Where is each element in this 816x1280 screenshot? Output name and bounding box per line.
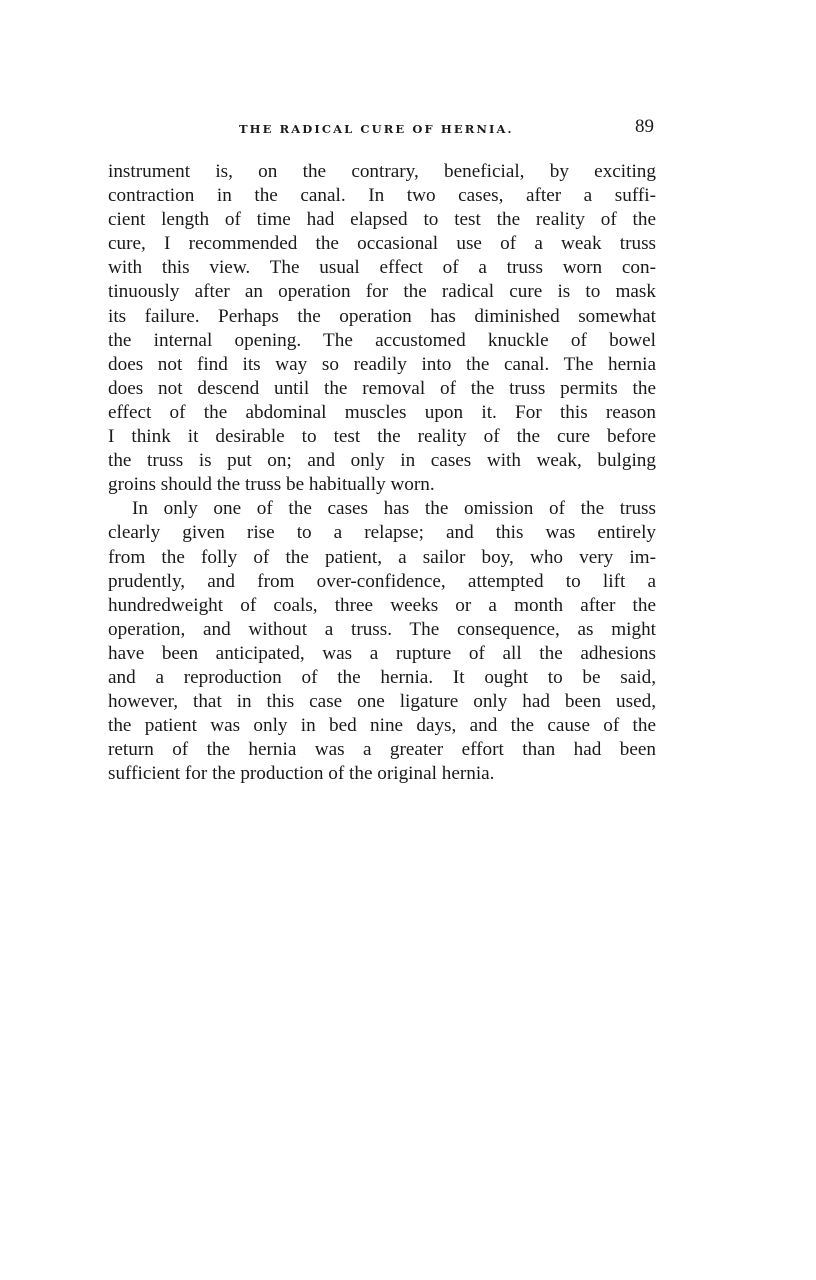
text-line: In only one of the cases has the omissio… — [108, 497, 656, 521]
text-line: however, that in this case one ligature … — [108, 690, 656, 714]
text-line: I think it desirable to test the reality… — [108, 425, 656, 449]
text-line: clearly given rise to a relapse; and thi… — [108, 521, 656, 545]
text-line: prudently, and from over-confidence, att… — [108, 570, 656, 594]
text-line: with this view. The usual effect of a tr… — [108, 256, 656, 280]
running-head: THE RADICAL CURE OF HERNIA. 89 — [108, 118, 656, 142]
paragraph-2: In only one of the cases has the omissio… — [108, 497, 656, 786]
running-title: THE RADICAL CURE OF HERNIA. — [239, 122, 514, 136]
text-line: cient length of time had elapsed to test… — [108, 208, 656, 232]
text-line: have been anticipated, was a rupture of … — [108, 642, 656, 666]
body-text: instrument is, on the contrary, benefici… — [108, 160, 656, 786]
page-number: 89 — [635, 116, 654, 138]
book-page: THE RADICAL CURE OF HERNIA. 89 instrumen… — [0, 0, 816, 1280]
text-line: cure, I recommended the occasional use o… — [108, 232, 656, 256]
text-line: instrument is, on the contrary, benefici… — [108, 160, 656, 184]
text-line: the patient was only in bed nine days, a… — [108, 714, 656, 738]
text-line: effect of the abdominal muscles upon it.… — [108, 401, 656, 425]
text-line: the truss is put on; and only in cases w… — [108, 449, 656, 473]
text-line: sufficient for the production of the ori… — [108, 762, 656, 786]
text-line: contraction in the canal. In two cases, … — [108, 184, 656, 208]
text-line: the internal opening. The accustomed knu… — [108, 329, 656, 353]
text-line: its failure. Perhaps the operation has d… — [108, 305, 656, 329]
text-line: and a reproduction of the hernia. It oug… — [108, 666, 656, 690]
text-line: does not find its way so readily into th… — [108, 353, 656, 377]
text-line: does not descend until the removal of th… — [108, 377, 656, 401]
text-line: return of the hernia was a greater effor… — [108, 738, 656, 762]
text-line: operation, and without a truss. The cons… — [108, 618, 656, 642]
paragraph-1: instrument is, on the contrary, benefici… — [108, 160, 656, 497]
text-line: from the folly of the patient, a sailor … — [108, 546, 656, 570]
text-line: hundredweight of coals, three weeks or a… — [108, 594, 656, 618]
text-line: groins should the truss be habitually wo… — [108, 473, 656, 497]
text-line: tinuously after an operation for the rad… — [108, 280, 656, 304]
